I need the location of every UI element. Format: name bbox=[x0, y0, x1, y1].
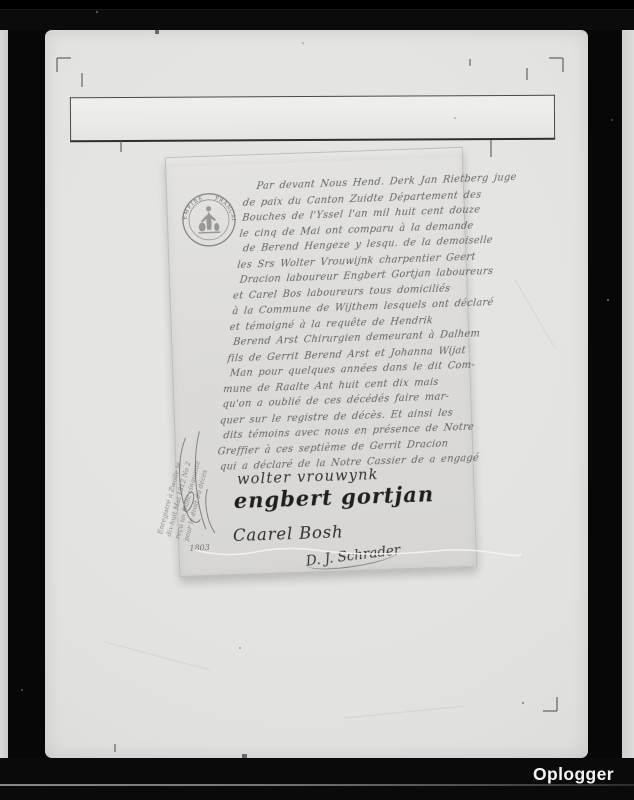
blank-label-strip bbox=[70, 95, 555, 143]
microfilm-frame-view: EMPIRE FRANÇAIS Par devant Nous Hend. bbox=[0, 0, 634, 800]
signature-carel-bos: Caarel Bosh bbox=[233, 522, 344, 545]
corner-mark-top-left bbox=[57, 58, 71, 72]
film-top-band bbox=[0, 0, 634, 30]
empire-francais-stamp-icon: EMPIRE FRANÇAIS bbox=[179, 190, 239, 250]
stamp-figure bbox=[198, 206, 221, 234]
margin-flourish-scribbles bbox=[173, 428, 227, 542]
handwritten-document: EMPIRE FRANÇAIS Par devant Nous Hend. bbox=[165, 147, 477, 577]
signature-registrar: D. J. Schrader bbox=[305, 542, 402, 572]
adjacent-frame-sliver-left bbox=[0, 30, 8, 758]
corner-mark-top-right bbox=[549, 58, 563, 72]
adjacent-frame-sliver-right bbox=[622, 30, 634, 758]
film-notch bbox=[155, 30, 159, 34]
photographed-page: EMPIRE FRANÇAIS Par devant Nous Hend. bbox=[45, 30, 588, 758]
corner-mark-bottom-right bbox=[543, 697, 557, 711]
paper-fold bbox=[166, 148, 462, 167]
margin-year-note: 1803 bbox=[189, 543, 210, 553]
oplogger-watermark: Oplogger bbox=[533, 764, 614, 785]
